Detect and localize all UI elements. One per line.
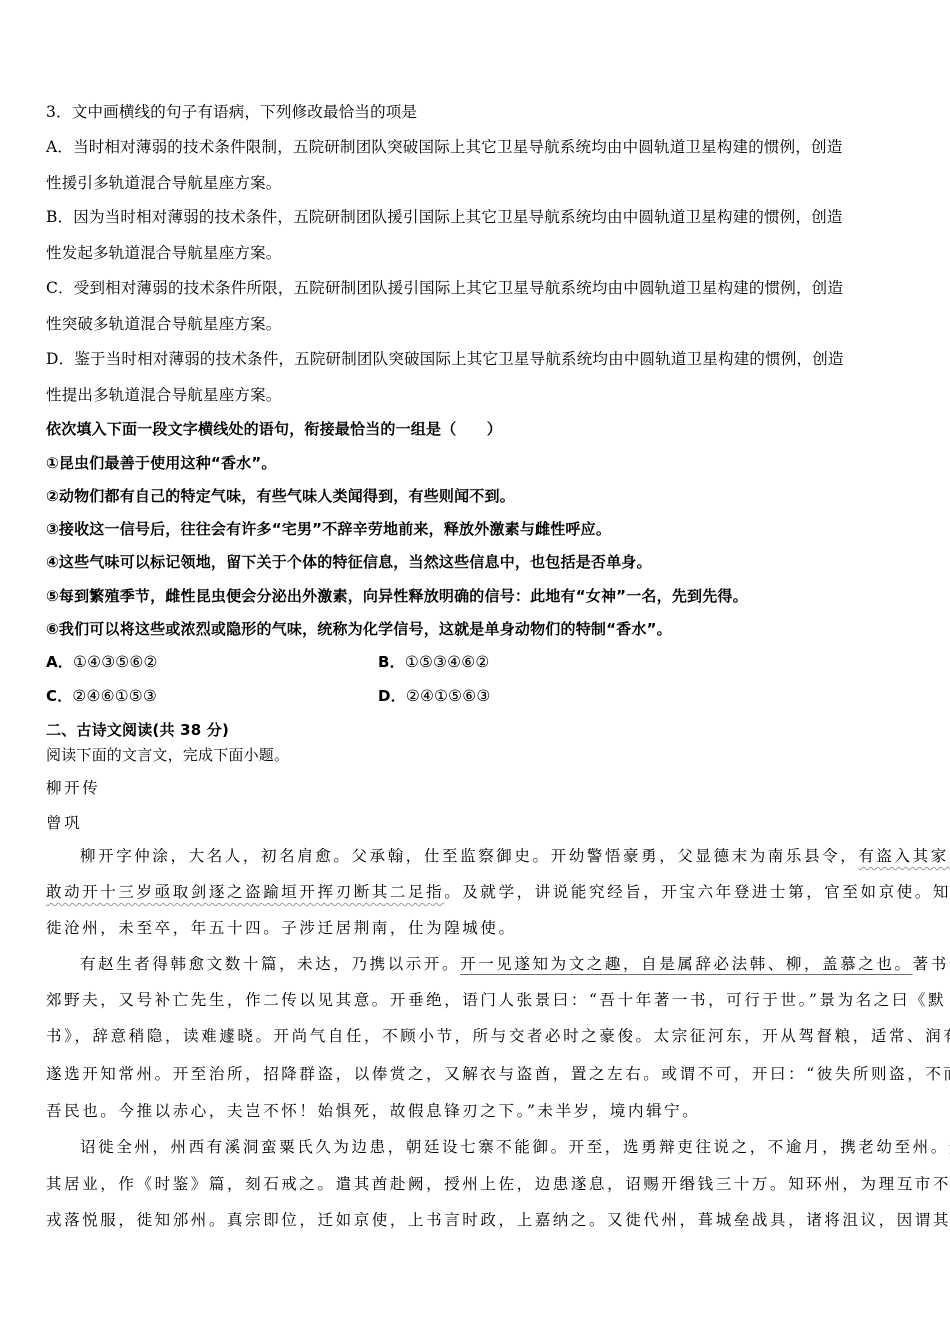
- order-sentence-5: ⑤每到繁殖季节，雌性昆虫便会分泌出外激素，向异性释放明确的信号：此地有“女神”一…: [46, 586, 748, 606]
- p2-line1-tail: 著书号东: [913, 955, 950, 973]
- choice-b-value: ①⑤③④⑥②: [405, 653, 490, 671]
- choice-c-value: ②④⑥①⑤③: [72, 687, 157, 705]
- question-3-stem: 3．文中画横线的句子有语病，下列修改最恰当的项是: [46, 102, 417, 122]
- q3-option-d-line2: 性提出多轨道混合导航星座方案。: [46, 385, 282, 405]
- q3-option-c-line2: 性突破多轨道混合导航星座方案。: [46, 314, 282, 334]
- order-choice-d: D．②④①⑤⑥③: [378, 686, 490, 706]
- p3-line3: 戎落悦服，徙知邠州。真宗即位，迁如京使，上书言时政，上嘉纳之。又徙代州，葺城垒战…: [46, 1210, 950, 1230]
- q3-option-b-line2: 性发起多轨道混合导航星座方案。: [46, 243, 282, 263]
- choice-d-label: D．: [378, 687, 406, 705]
- p2-line5: 吾民也。今推以赤心，夫岂不怀！始惧死，故假息锋刃之下。”未半岁，境内辑宁。: [46, 1101, 700, 1121]
- q3-option-d-line1: D．鉴于当时相对薄弱的技术条件，五院研制团队突破国际上其它卫星导航系统均由中圆轨…: [46, 349, 844, 369]
- p1-line2-text: 。及就学，讲说能究经旨，开宝六年登进士第，官至如京使。知忻州，: [444, 883, 950, 901]
- p3-line2: 其居业，作《时鉴》篇，刻石戒之。遣其酋赴阙，授州上佐，边患遂息，诏赐开缗钱三十万…: [46, 1174, 950, 1194]
- document-page: 3．文中画横线的句子有语病，下列修改最恰当的项是 A．当时相对薄弱的技术条件限制…: [0, 0, 950, 1344]
- order-sentence-2: ②动物们都有自己的特定气味，有些气味人类闻得到，有些则闻不到。: [46, 486, 515, 506]
- choice-a-value: ①④③⑤⑥②: [73, 653, 158, 671]
- order-sentence-3: ③接收这一信号后，往往会有许多“宅男”不辞辛劳地前来，释放外激素与雌性呼应。: [46, 519, 611, 539]
- order-choice-b: B．①⑤③④⑥②: [378, 652, 489, 672]
- order-choice-a: A．①④③⑤⑥②: [46, 652, 158, 672]
- section-2-instruction: 阅读下面的文言文，完成下面小题。: [46, 745, 289, 765]
- p1-line2: 敢动开十三岁亟取剑逐之盗踰垣开挥刃断其二足指。及就学，讲说能究经旨，开宝六年登进…: [46, 882, 950, 902]
- p1-line1: 柳开字仲涂，大名人，初名肩愈。父承翰，仕至监察御史。开幼警悟豪勇，父显德末为南乐…: [80, 846, 950, 866]
- p2-line2: 郊野夫，又号补亡先生，作二传以见其意。开垂绝，语门人张景曰：“吾十年著一书，可行…: [46, 990, 946, 1010]
- order-choice-c: C．②④⑥①⑤③: [46, 686, 157, 706]
- p2-line1-text: 有赵生者得韩愈文数十篇，未达，乃携以示开。: [80, 955, 460, 973]
- q3-option-b-line1: B．因为当时相对薄弱的技术条件，五院研制团队援引国际上其它卫星导航系统均由中圆轨…: [46, 207, 843, 227]
- p1-underlined-sentence-end: 敢动开十三岁亟取剑逐之盗踰垣开挥刃断其二足指: [46, 883, 444, 901]
- order-sentence-6: ⑥我们可以将这些或浓烈或隐形的气味，统称为化学信号，这就是单身动物们的特制“香水…: [46, 619, 672, 639]
- p2-line1: 有赵生者得韩愈文数十篇，未达，乃携以示开。开一见遂知为文之趣，自是属辞必法韩、柳…: [80, 954, 950, 974]
- section-2-heading: 二、古诗文阅读(共 38 分): [46, 720, 229, 740]
- passage-author: 曾巩: [46, 813, 82, 833]
- p2-line4: 遂选开知常州。开至治所，招降群盗，以俸赏之，又解衣与盗酋，置之左右。或谓不可，开…: [46, 1064, 950, 1084]
- passage-title: 柳开传: [46, 778, 100, 798]
- order-sentence-1: ①昆虫们最善于使用这种“香水”。: [46, 453, 277, 473]
- q3-option-c-line1: C．受到相对薄弱的技术条件所限，五院研制团队援引国际上其它卫星导航系统均由中圆轨…: [46, 278, 843, 298]
- choice-b-label: B．: [378, 653, 405, 671]
- q3-option-a-line2: 性援引多轨道混合导航星座方案。: [46, 173, 282, 193]
- p1-underlined-sentence-start: 有盗入其家众不: [858, 847, 950, 865]
- p1-line1-text: 柳开字仲涂，大名人，初名肩愈。父承翰，仕至监察御史。开幼警悟豪勇，父显德末为南乐…: [80, 847, 858, 865]
- q3-option-a-line1: A．当时相对薄弱的技术条件限制，五院研制团队突破国际上其它卫星导航系统均由中圆轨…: [46, 137, 842, 157]
- choice-a-label: A．: [46, 653, 73, 671]
- choice-d-value: ②④①⑤⑥③: [406, 687, 491, 705]
- p2-line3: 书》，辞意稍隐，读难遽晓。开尚气自任，不顾小节，所与交者必时之豪俊。太宗征河东，…: [46, 1026, 950, 1046]
- order-sentence-4: ④这些气味可以标记领地，留下关于个体的特征信息，当然这些信息中，也包括是否单身。: [46, 552, 652, 572]
- p3-line1: 诏徙全州，州西有溪洞蛮粟氏久为边患，朝廷设七寨不能御。开至，选勇辩吏往说之，不逾…: [80, 1137, 950, 1157]
- order-question-stem: 依次填入下面一段文字横线处的语句，衔接最恰当的一组是（ ）: [46, 419, 502, 439]
- p1-line3: 徙沧州，未至卒，年五十四。子涉迁居荆南，仕为隍城使。: [46, 918, 517, 938]
- p2-underlined-sentence: 开一见遂知为文之趣，自是属辞必法韩、柳，盖慕之也。: [460, 955, 913, 973]
- choice-c-label: C．: [46, 687, 72, 705]
